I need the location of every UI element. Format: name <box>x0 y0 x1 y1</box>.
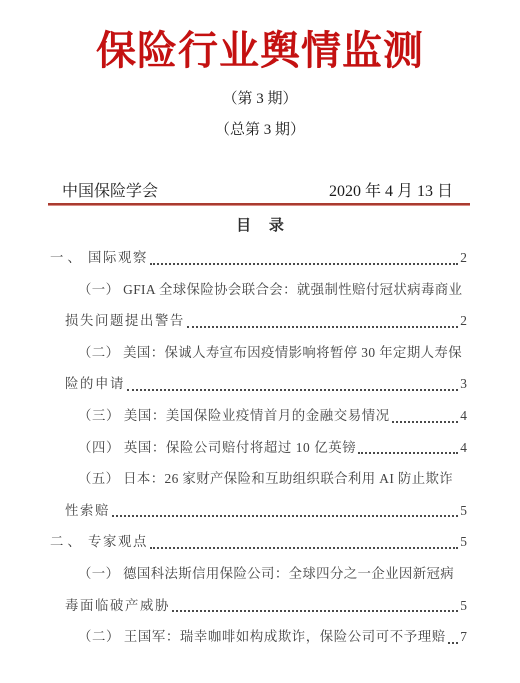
dot-leader <box>125 368 460 400</box>
header-band: 中国保险学会 2020 年 4 月 13 日 <box>48 183 470 206</box>
toc-entry-text: 毒面临破产威胁 <box>65 590 170 622</box>
document-title: 保险行业舆情监测 <box>0 26 520 76</box>
toc-entry: （四） 英国：保险公司赔付将超过 10 亿英镑4 <box>50 432 467 464</box>
toc-entry-text: （一） GFIA 全球保险协会联合会：就强制性赔付冠状病毒商业 <box>78 274 462 306</box>
document-page: 保险行业舆情监测 （第 3 期） （总第 3 期） 中国保险学会 2020 年 … <box>0 0 520 683</box>
table-of-contents: 一、国际观察2（一） GFIA 全球保险协会联合会：就强制性赔付冠状病毒商业损失… <box>50 242 467 653</box>
dot-leader <box>170 590 460 622</box>
toc-entry: 性索赔5 <box>50 495 467 527</box>
toc-entry-text: （二） 美国：保诚人寿宣布因疫情影响将暂停 30 年定期人寿保 <box>78 337 462 369</box>
dot-leader <box>185 305 460 337</box>
toc-entry-page-number: 2 <box>460 242 467 274</box>
toc-entry: 毒面临破产威胁5 <box>50 590 467 622</box>
toc-entry-text: （一） 德国科法斯信用保险公司：全球四分之一企业因新冠病 <box>78 558 454 590</box>
toc-entry-number: 二、 <box>50 526 88 558</box>
dot-leader <box>446 621 461 653</box>
toc-entry: （一） GFIA 全球保险协会联合会：就强制性赔付冠状病毒商业 <box>50 274 467 306</box>
toc-entry-text: 专家观点 <box>88 526 148 558</box>
toc-title: 目 录 <box>0 216 520 236</box>
meta-row: 中国保险学会 2020 年 4 月 13 日 <box>48 183 470 201</box>
dot-leader <box>148 242 460 274</box>
toc-entry-page-number: 2 <box>460 305 467 337</box>
dot-leader <box>148 526 460 558</box>
toc-entry-text: 性索赔 <box>65 495 110 527</box>
toc-entry-text: （二） 王国军：瑞幸咖啡如构成欺诈，保险公司可不予理赔 <box>78 621 446 653</box>
toc-entry-text: 国际观察 <box>88 242 148 274</box>
toc-entry-number: 一、 <box>50 242 88 274</box>
red-rule-divider <box>48 203 470 206</box>
toc-entry-text: 损失问题提出警告 <box>65 305 185 337</box>
dot-leader <box>356 432 460 464</box>
toc-entry-text: （五） 日本：26 家财产保险和互助组织联合利用 AI 防止欺诈 <box>78 463 453 495</box>
dot-leader <box>110 495 460 527</box>
organization-name: 中国保险学会 <box>62 183 158 201</box>
publication-date: 2020 年 4 月 13 日 <box>329 183 453 201</box>
toc-entry-text: （四） 英国：保险公司赔付将超过 10 亿英镑 <box>78 432 356 464</box>
issue-number: （第 3 期） <box>0 90 520 108</box>
toc-entry: 险的申请3 <box>50 368 467 400</box>
toc-entry: （五） 日本：26 家财产保险和互助组织联合利用 AI 防止欺诈 <box>50 463 467 495</box>
toc-entry-page-number: 3 <box>460 368 467 400</box>
toc-entry: 二、专家观点5 <box>50 526 467 558</box>
toc-entry: （二） 王国军：瑞幸咖啡如构成欺诈，保险公司可不予理赔7 <box>50 621 467 653</box>
toc-entry-text: （三） 美国：美国保险业疫情首月的金融交易情况 <box>78 400 390 432</box>
toc-entry-page-number: 7 <box>460 621 467 653</box>
toc-entry-page-number: 5 <box>460 526 467 558</box>
toc-entry: 一、国际观察2 <box>50 242 467 274</box>
toc-entry: （一） 德国科法斯信用保险公司：全球四分之一企业因新冠病 <box>50 558 467 590</box>
toc-entry-page-number: 4 <box>460 400 467 432</box>
toc-entry: 损失问题提出警告2 <box>50 305 467 337</box>
toc-entry-page-number: 5 <box>460 590 467 622</box>
toc-entry-page-number: 4 <box>460 432 467 464</box>
toc-entry: （二） 美国：保诚人寿宣布因疫情影响将暂停 30 年定期人寿保 <box>50 337 467 369</box>
dot-leader <box>390 400 461 432</box>
toc-entry: （三） 美国：美国保险业疫情首月的金融交易情况4 <box>50 400 467 432</box>
total-issue-number: （总第 3 期） <box>0 121 520 139</box>
toc-entry-page-number: 5 <box>460 495 467 527</box>
toc-entry-text: 险的申请 <box>65 368 125 400</box>
